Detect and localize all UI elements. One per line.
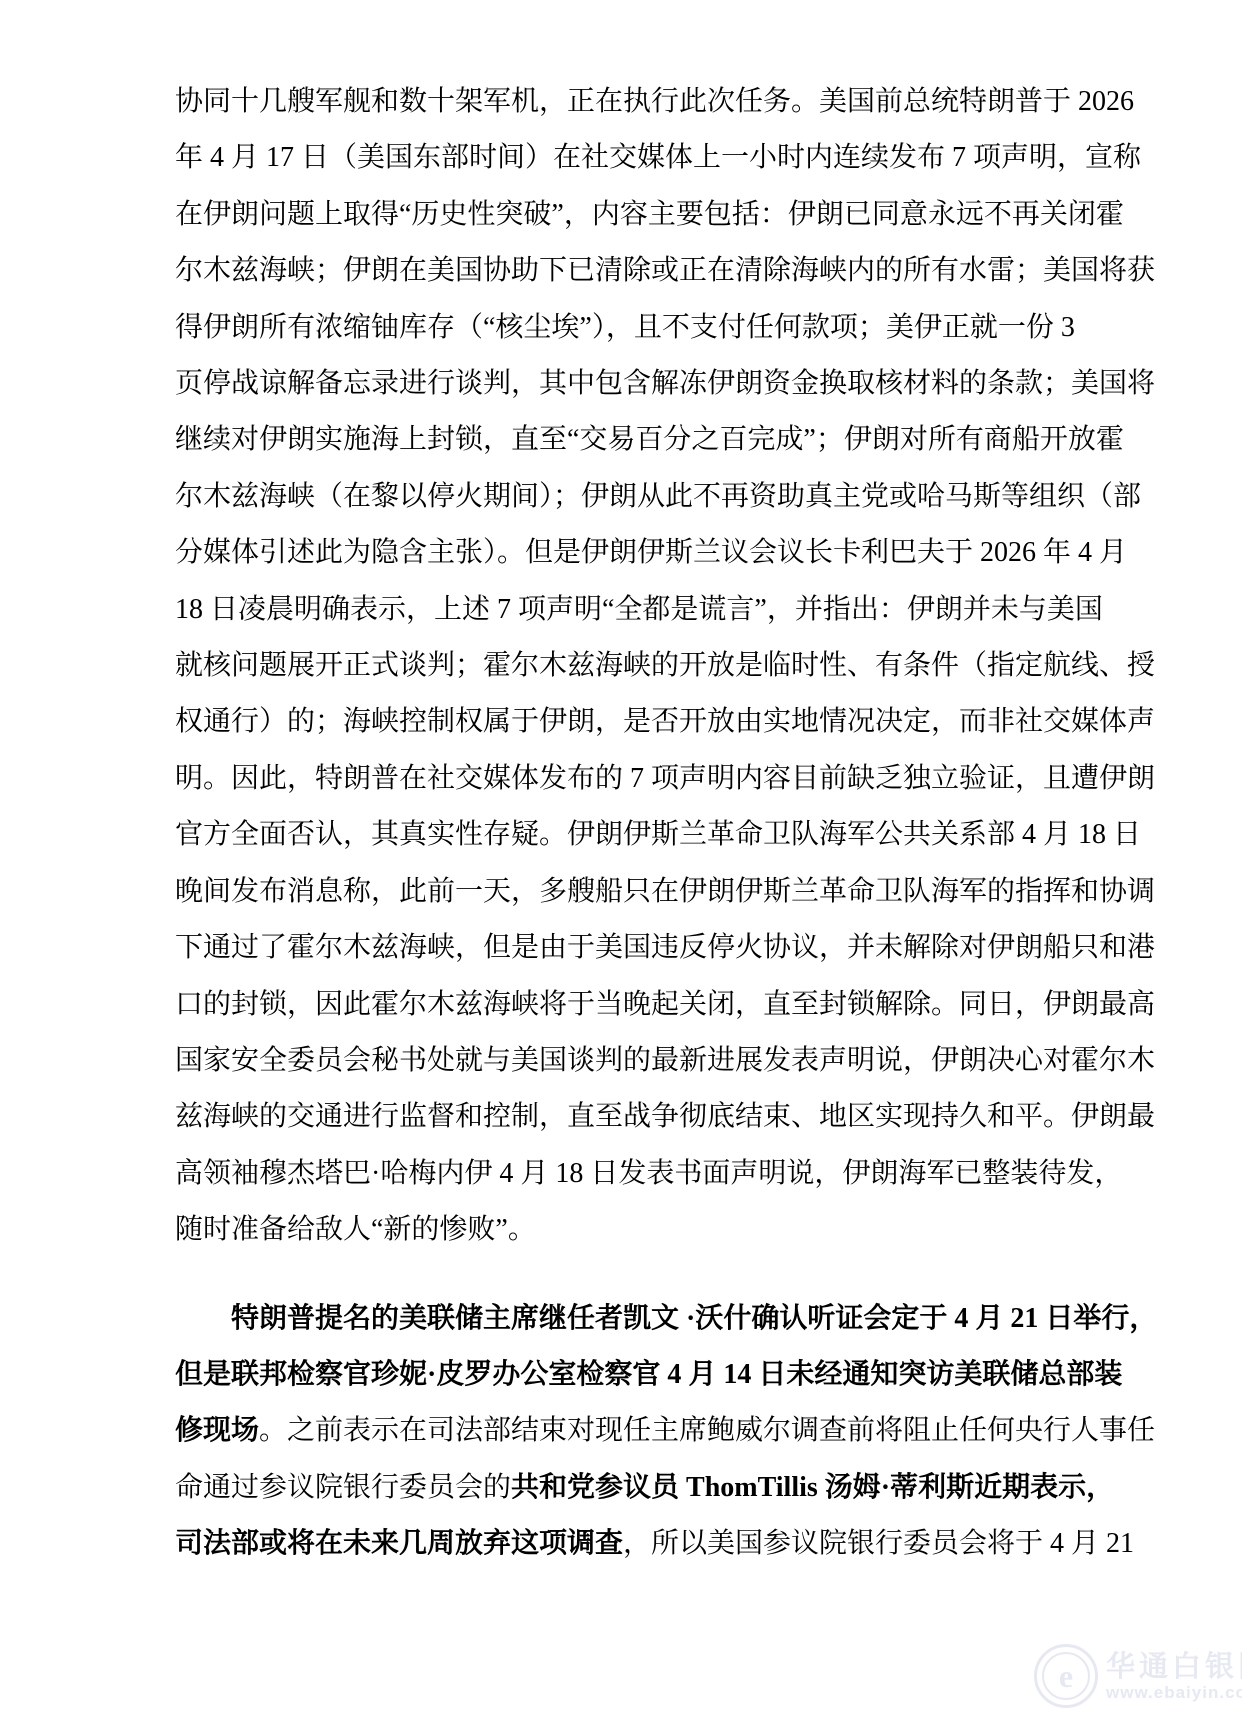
text-segment: 继续对伊朗实施海上封锁，直至“交易百分之百完成”；伊朗对所有商船开放霍 <box>175 424 1124 455</box>
text-line: 命通过参议院银行委员会的共和党参议员 ThomTillis 汤姆·蒂利斯近期表示… <box>175 1460 1085 1516</box>
text-segment: 命通过参议院银行委员会的 <box>175 1472 511 1503</box>
text-line: 就核问题展开正式谈判；霍尔木兹海峡的开放是临时性、有条件（指定航线、授 <box>175 638 1085 694</box>
text-segment: 晚间发布消息称，此前一天，多艘船只在伊朗伊斯兰革命卫队海军的指挥和协调 <box>175 876 1155 907</box>
text-line: 修现场。之前表示在司法部结束对现任主席鲍威尔调查前将阻止任何央行人事任 <box>175 1403 1085 1459</box>
text-line: 特朗普提名的美联储主席继任者凯文 ·沃什确认听证会定于 4 月 21 日举行， <box>175 1291 1085 1347</box>
text-line: 明。因此，特朗普在社交媒体发布的 7 项声明内容目前缺乏独立验证，且遭伊朗 <box>175 751 1085 807</box>
text-segment: 下通过了霍尔木兹海峡，但是由于美国违反停火协议，并未解除对伊朗船只和港 <box>175 932 1155 963</box>
text-segment: 在伊朗问题上取得“历史性突破”，内容主要包括：伊朗已同意永远不再关闭霍 <box>175 199 1124 230</box>
text-segment: 18 日凌晨明确表示，上述 7 项声明“全都是谎言”，并指出：伊朗并未与美国 <box>175 594 1103 625</box>
bold-text-segment: 修现场 <box>175 1415 259 1446</box>
text-line: 协同十几艘军舰和数十架军机，正在执行此次任务。美国前总统特朗普于 2026 <box>175 74 1085 130</box>
text-line: 18 日凌晨明确表示，上述 7 项声明“全都是谎言”，并指出：伊朗并未与美国 <box>175 582 1085 638</box>
text-line: 下通过了霍尔木兹海峡，但是由于美国违反停火协议，并未解除对伊朗船只和港 <box>175 920 1085 976</box>
text-line: 权通行）的；海峡控制权属于伊朗，是否开放由实地情况决定，而非社交媒体声 <box>175 694 1085 750</box>
text-line: 年 4 月 17 日（美国东部时间）在社交媒体上一小时内连续发布 7 项声明，宣… <box>175 130 1085 186</box>
text-line: 尔木兹海峡；伊朗在美国协助下已清除或正在清除海峡内的所有水雷；美国将获 <box>175 243 1085 299</box>
text-line: 国家安全委员会秘书处就与美国谈判的最新进展发表声明说，伊朗决心对霍尔木 <box>175 1033 1085 1089</box>
text-segment: 口的封锁，因此霍尔木兹海峡将于当晚起关闭，直至封锁解除。同日，伊朗最高 <box>175 989 1155 1020</box>
text-segment: 页停战谅解备忘录进行谈判，其中包含解冻伊朗资金换取核材料的条款；美国将 <box>175 368 1155 399</box>
text-segment: 就核问题展开正式谈判；霍尔木兹海峡的开放是临时性、有条件（指定航线、授 <box>175 650 1155 681</box>
text-segment: 随时准备给敌人“新的惨败”。 <box>175 1214 536 1245</box>
bold-text-segment: 但是联邦检察官珍妮·皮罗办公室检察官 4 月 14 日未经通知突访美联储总部装 <box>175 1359 1122 1390</box>
bold-text-segment: 司法部或将在未来几周放弃这项调查 <box>175 1528 623 1559</box>
text-line: 口的封锁，因此霍尔木兹海峡将于当晚起关闭，直至封锁解除。同日，伊朗最高 <box>175 977 1085 1033</box>
document-page: 协同十几艘军舰和数十架军机，正在执行此次任务。美国前总统特朗普于 2026年 4… <box>0 0 1242 1724</box>
text-segment: 明。因此，特朗普在社交媒体发布的 7 项声明内容目前缺乏独立验证，且遭伊朗 <box>175 763 1155 794</box>
text-line: 尔木兹海峡（在黎以停火期间）；伊朗从此不再资助真主党或哈马斯等组织（部 <box>175 469 1085 525</box>
text-segment: 尔木兹海峡（在黎以停火期间）；伊朗从此不再资助真主党或哈马斯等组织（部 <box>175 481 1141 512</box>
text-segment: 分媒体引述此为隐含主张）。但是伊朗伊斯兰议会议长卡利巴夫于 2026 年 4 月 <box>175 537 1127 568</box>
paragraph: 特朗普提名的美联储主席继任者凯文 ·沃什确认听证会定于 4 月 21 日举行，但… <box>175 1291 1085 1573</box>
watermark-brand: 华通白银网 <box>1106 1651 1242 1683</box>
watermark-text: 华通白银网 www.ebaiyin.com <box>1106 1651 1242 1702</box>
text-segment: 协同十几艘军舰和数十架军机，正在执行此次任务。美国前总统特朗普于 2026 <box>175 86 1134 117</box>
text-line: 高领袖穆杰塔巴·哈梅内伊 4 月 18 日发表书面声明说，伊朗海军已整装待发， <box>175 1146 1085 1202</box>
bold-text-segment: 共和党参议员 ThomTillis 汤姆·蒂利斯近期表示， <box>511 1472 1114 1503</box>
text-segment: 得伊朗所有浓缩铀库存（“核尘埃”），且不支付任何款项；美伊正就一份 3 <box>175 312 1075 343</box>
text-line: 随时准备给敌人“新的惨败”。 <box>175 1202 1085 1258</box>
watermark: e 华通白银网 www.ebaiyin.com <box>1034 1644 1242 1708</box>
text-line: 晚间发布消息称，此前一天，多艘船只在伊朗伊斯兰革命卫队海军的指挥和协调 <box>175 864 1085 920</box>
text-line: 分媒体引述此为隐含主张）。但是伊朗伊斯兰议会议长卡利巴夫于 2026 年 4 月 <box>175 525 1085 581</box>
text-line: 页停战谅解备忘录进行谈判，其中包含解冻伊朗资金换取核材料的条款；美国将 <box>175 356 1085 412</box>
watermark-url: www.ebaiyin.com <box>1106 1683 1242 1702</box>
text-segment: 权通行）的；海峡控制权属于伊朗，是否开放由实地情况决定，而非社交媒体声 <box>175 706 1155 737</box>
text-line: 在伊朗问题上取得“历史性突破”，内容主要包括：伊朗已同意永远不再关闭霍 <box>175 187 1085 243</box>
text-line: 得伊朗所有浓缩铀库存（“核尘埃”），且不支付任何款项；美伊正就一份 3 <box>175 300 1085 356</box>
text-segment: 国家安全委员会秘书处就与美国谈判的最新进展发表声明说，伊朗决心对霍尔木 <box>175 1045 1155 1076</box>
text-line: 兹海峡的交通进行监督和控制，直至战争彻底结束、地区实现持久和平。伊朗最 <box>175 1089 1085 1145</box>
text-line: 官方全面否认，其真实性存疑。伊朗伊斯兰革命卫队海军公共关系部 4 月 18 日 <box>175 807 1085 863</box>
document-body: 协同十几艘军舰和数十架军机，正在执行此次任务。美国前总统特朗普于 2026年 4… <box>175 74 1085 1573</box>
text-line: 但是联邦检察官珍妮·皮罗办公室检察官 4 月 14 日未经通知突访美联储总部装 <box>175 1347 1085 1403</box>
text-segment: 兹海峡的交通进行监督和控制，直至战争彻底结束、地区实现持久和平。伊朗最 <box>175 1101 1155 1132</box>
paragraph: 协同十几艘军舰和数十架军机，正在执行此次任务。美国前总统特朗普于 2026年 4… <box>175 74 1085 1259</box>
text-segment: 。之前表示在司法部结束对现任主席鲍威尔调查前将阻止任何央行人事任 <box>259 1415 1155 1446</box>
text-line: 司法部或将在未来几周放弃这项调查，所以美国参议院银行委员会将于 4 月 21 <box>175 1516 1085 1572</box>
text-segment: 尔木兹海峡；伊朗在美国协助下已清除或正在清除海峡内的所有水雷；美国将获 <box>175 255 1155 286</box>
watermark-logo-icon: e <box>1034 1644 1098 1708</box>
bold-text-segment: 特朗普提名的美联储主席继任者凯文 ·沃什确认听证会定于 4 月 21 日举行， <box>231 1303 1157 1334</box>
watermark-logo-letter: e <box>1042 1652 1090 1700</box>
text-segment: 高领袖穆杰塔巴·哈梅内伊 4 月 18 日发表书面声明说，伊朗海军已整装待发， <box>175 1158 1122 1189</box>
text-segment: 官方全面否认，其真实性存疑。伊朗伊斯兰革命卫队海军公共关系部 4 月 18 日 <box>175 819 1141 850</box>
text-segment: 年 4 月 17 日（美国东部时间）在社交媒体上一小时内连续发布 7 项声明，宣… <box>175 142 1141 173</box>
text-segment: ，所以美国参议院银行委员会将于 4 月 21 <box>623 1528 1134 1559</box>
text-line: 继续对伊朗实施海上封锁，直至“交易百分之百完成”；伊朗对所有商船开放霍 <box>175 412 1085 468</box>
